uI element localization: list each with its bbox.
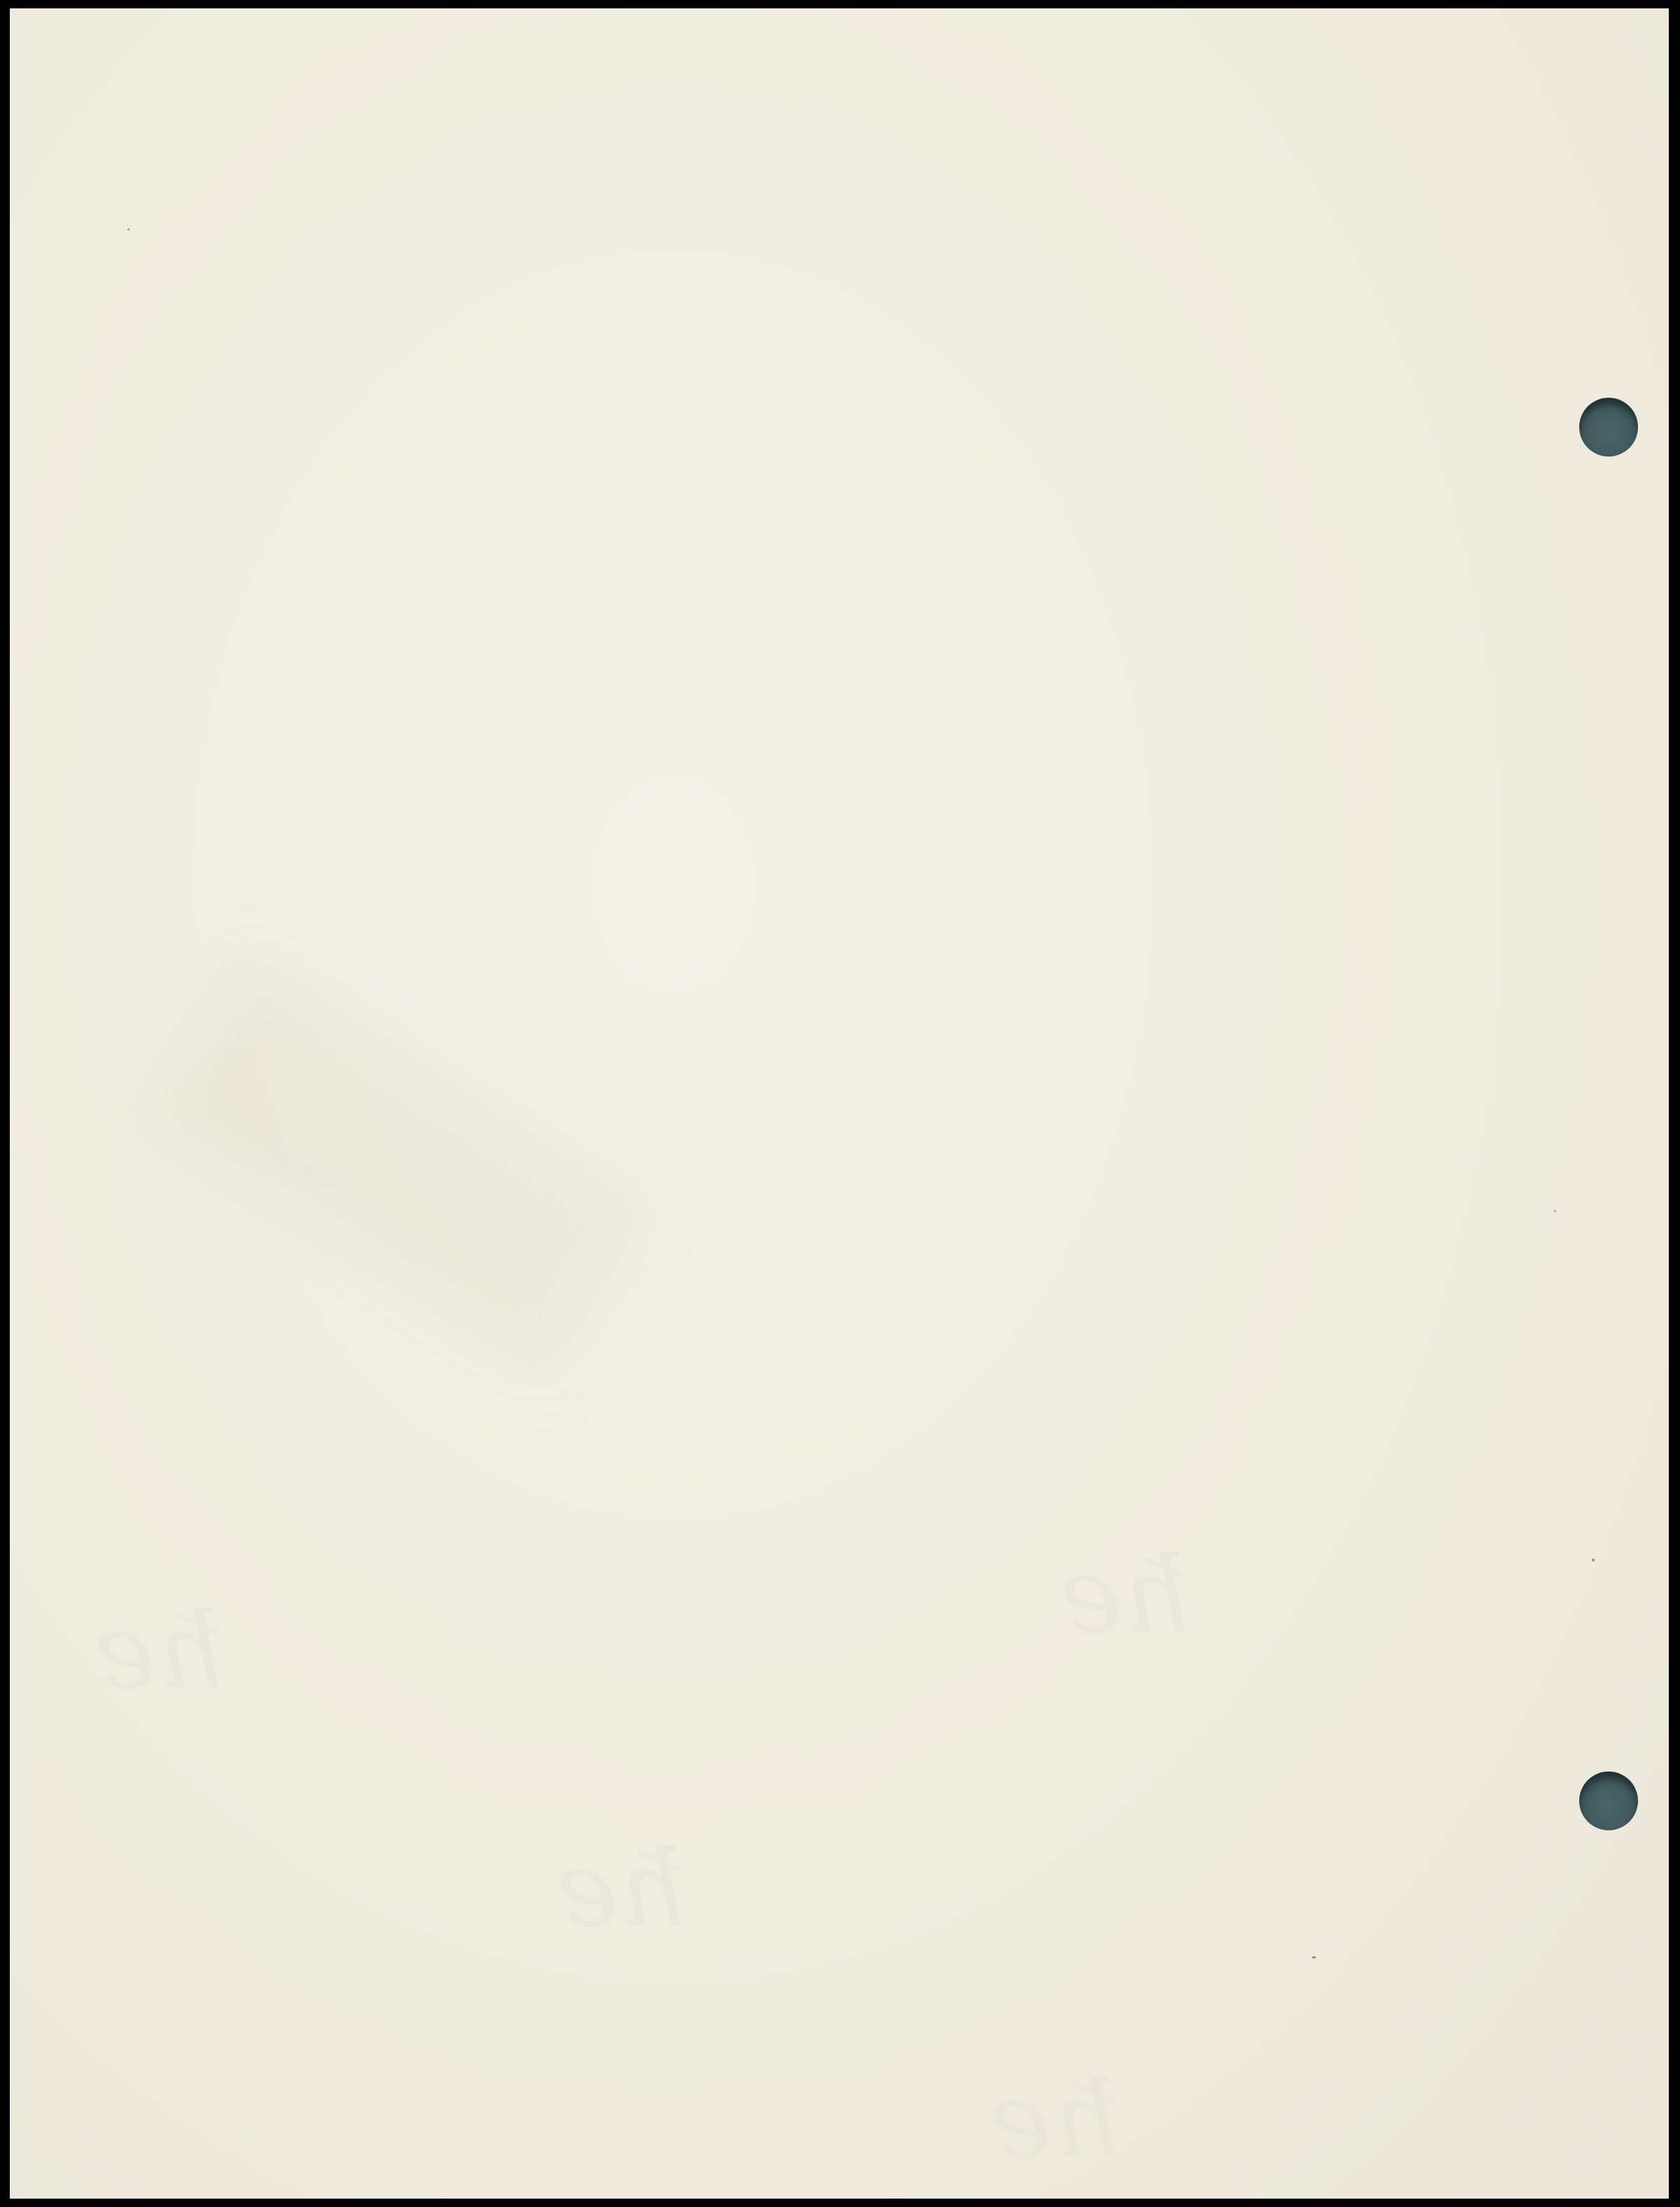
paper-speck xyxy=(1554,1210,1556,1212)
punch-hole-bottom xyxy=(1579,1771,1638,1830)
show-through-mark: ℏe xyxy=(990,2060,1119,2182)
show-through-mark: ℏe xyxy=(556,1829,685,1951)
show-through-mark: ℏe xyxy=(94,1591,223,1713)
show-through-mark: ℏe xyxy=(1060,1535,1189,1657)
blank-page: ℏe ℏe ℏe ℏe xyxy=(10,8,1669,2199)
paper-speck xyxy=(127,228,129,230)
punch-hole-top xyxy=(1579,398,1638,457)
paper-speck xyxy=(1312,1956,1316,1958)
paper-shadow xyxy=(132,945,659,1382)
paper-speck xyxy=(1592,1559,1595,1561)
scan-border: ℏe ℏe ℏe ℏe xyxy=(0,0,1680,2207)
